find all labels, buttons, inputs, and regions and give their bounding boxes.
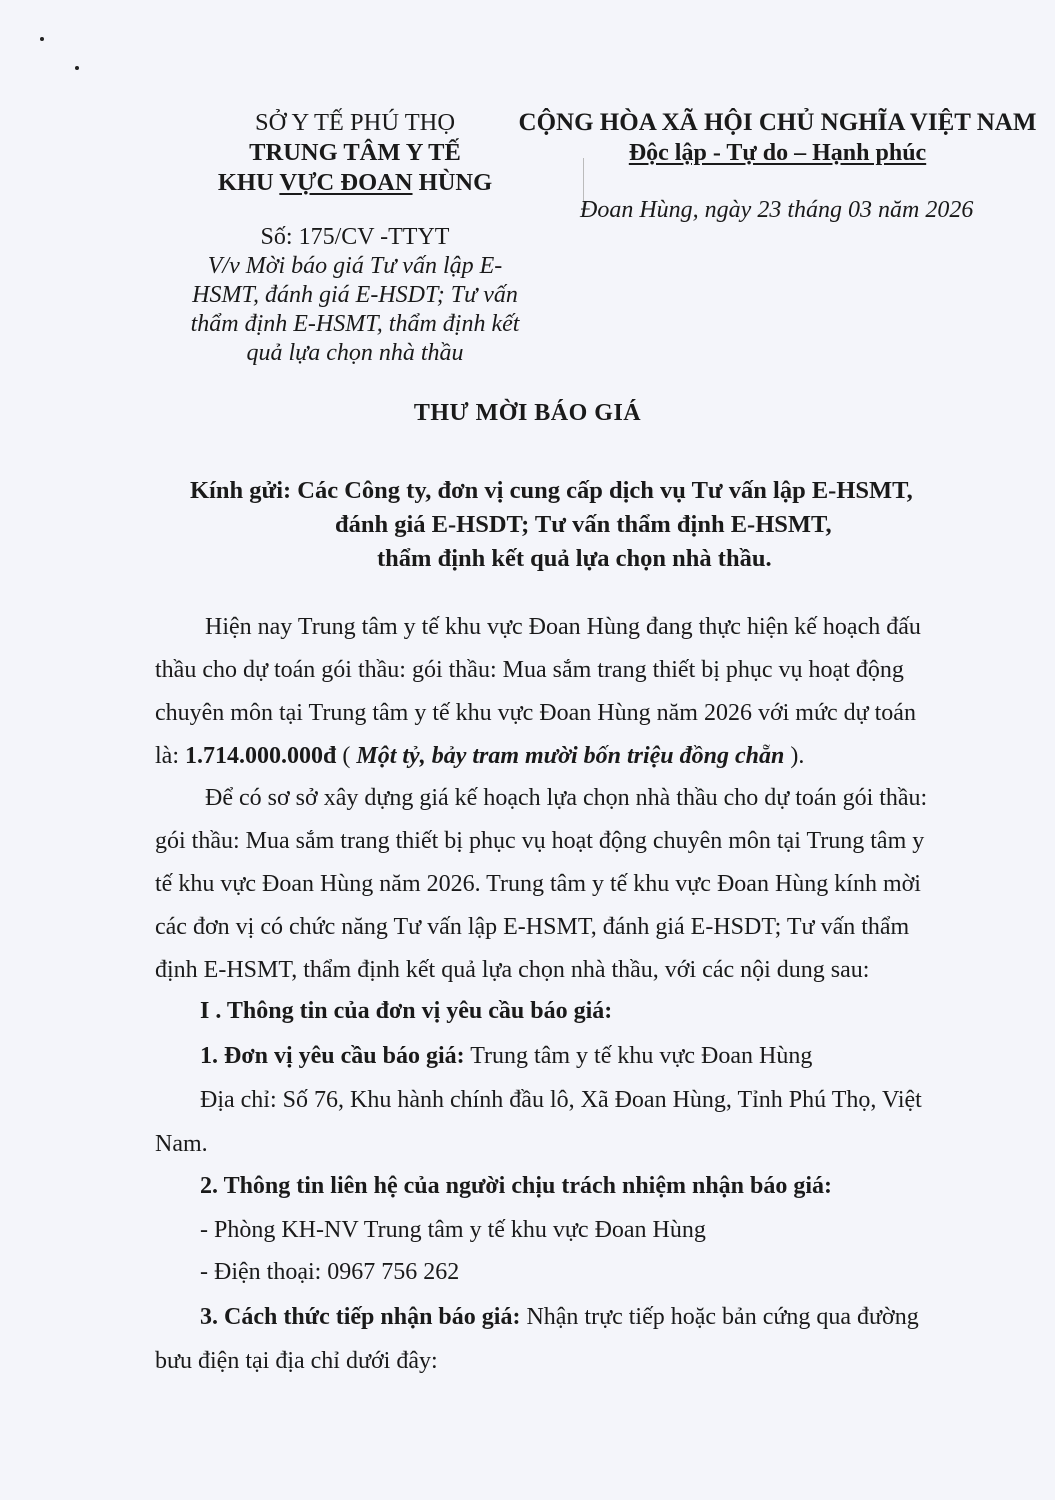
budget-amount-words: Một tỷ, bảy tram mười bốn triệu đồng chẵ… <box>356 743 784 769</box>
requester-line: 1. Đơn vị yêu cầu báo giá: Trung tâm y t… <box>200 1043 812 1070</box>
paragraph-line: định E-HSMT, thẩm định kết quả lựa chọn … <box>155 949 967 992</box>
budget-amount: 1.714.000.000đ <box>185 743 336 769</box>
document-reference-block: Số: 175/CV -TTYT V/v Mời báo giá Tư vấn … <box>170 223 540 368</box>
national-motto: Độc lập - Tự do – Hạnh phúc <box>629 140 926 166</box>
receipt-method-value: Nhận trực tiếp hoặc bản cứng qua đường <box>520 1304 918 1330</box>
receipt-method-label: 3. Cách thức tiếp nhận báo giá: <box>200 1304 520 1330</box>
scan-speck <box>75 66 79 70</box>
address-line-cont: Nam. <box>155 1131 208 1158</box>
organization-line-2: KHU VỰC ĐOAN HÙNG <box>170 168 540 198</box>
paragraph-line: chuyên môn tại Trung tâm y tế khu vực Đo… <box>155 692 967 735</box>
org-underlined: VỰC ĐOAN <box>279 169 412 196</box>
paragraph-invitation: Để có sơ sở xây dựng giá kế hoạch lựa ch… <box>155 777 967 992</box>
paragraph-line: tế khu vực Đoan Hùng năm 2026. Trung tâm… <box>155 863 967 906</box>
country-name: CỘNG HÒA XÃ HỘI CHỦ NGHĨA VIỆT NAM <box>505 108 1050 138</box>
paragraph-intro: Hiện nay Trung tâm y tế khu vực Đoan Hùn… <box>155 606 967 778</box>
national-header-block: CỘNG HÒA XÃ HỘI CHỦ NGHĨA VIỆT NAM Độc l… <box>505 108 1050 168</box>
issuing-agency-block: SỞ Y TẾ PHÚ THỌ TRUNG TÂM Y TẾ KHU VỰC Đ… <box>170 108 540 198</box>
org-suffix: HÙNG <box>413 169 493 196</box>
receipt-method-line: 3. Cách thức tiếp nhận báo giá: Nhận trự… <box>200 1304 919 1331</box>
contact-phone: - Điện thoại: 0967 756 262 <box>200 1259 459 1286</box>
paragraph-line: thầu cho dự toán gói thầu: gói thầu: Mua… <box>155 649 967 692</box>
paragraph-line: Để có sơ sở xây dựng giá kế hoạch lựa ch… <box>155 777 967 820</box>
scan-speck <box>40 37 44 41</box>
document-title: THƯ MỜI BÁO GIÁ <box>0 400 1055 427</box>
department-name: SỞ Y TẾ PHÚ THỌ <box>170 108 540 138</box>
recipient-line-2: đánh giá E-HSDT; Tư vấn thẩm định E-HSMT… <box>190 508 1000 542</box>
requester-label: 1. Đơn vị yêu cầu báo giá: <box>200 1043 465 1069</box>
place-date: Đoan Hùng, ngày 23 tháng 03 năm 2026 <box>580 197 973 224</box>
recipient-block: Kính gửi: Các Công ty, đơn vị cung cấp d… <box>190 474 1000 576</box>
amount-prefix: là: <box>155 743 185 769</box>
subject-line: HSMT, đánh giá E-HSDT; Tư vấn <box>170 281 540 310</box>
subject-line: V/v Mời báo giá Tư vấn lập E- <box>170 252 540 281</box>
amount-close: ). <box>784 743 804 769</box>
address-line: Địa chỉ: Số 76, Khu hành chính đầu lô, X… <box>200 1087 922 1114</box>
contact-department: - Phòng KH-NV Trung tâm y tế khu vực Đoa… <box>200 1217 706 1244</box>
org-prefix: KHU <box>218 169 280 196</box>
subject-line: thẩm định E-HSMT, thẩm định kết <box>170 310 540 339</box>
paragraph-line: Hiện nay Trung tâm y tế khu vực Đoan Hùn… <box>155 606 967 649</box>
section-heading: I . Thông tin của đơn vị yêu cầu báo giá… <box>200 998 612 1025</box>
budget-line: là: 1.714.000.000đ ( Một tỷ, bảy tram mư… <box>155 735 967 778</box>
receipt-method-cont: bưu điện tại địa chỉ dưới đây: <box>155 1348 438 1375</box>
amount-open: ( <box>336 743 356 769</box>
recipient-line-1: Kính gửi: Các Công ty, đơn vị cung cấp d… <box>190 474 1000 508</box>
organization-line-1: TRUNG TÂM Y TẾ <box>170 138 540 168</box>
paragraph-line: gói thầu: Mua sắm trang thiết bị phục vụ… <box>155 820 967 863</box>
document-number: Số: 175/CV -TTYT <box>170 223 540 252</box>
recipient-line-3: thẩm định kết quả lựa chọn nhà thầu. <box>190 542 1000 576</box>
requester-value: Trung tâm y tế khu vực Đoan Hùng <box>465 1043 813 1069</box>
subject-line: quả lựa chọn nhà thầu <box>170 339 540 368</box>
section-heading-text: I . Thông tin của đơn vị yêu cầu báo giá… <box>200 998 612 1024</box>
contact-heading: 2. Thông tin liên hệ của người chịu trác… <box>200 1173 832 1200</box>
contact-heading-text: 2. Thông tin liên hệ của người chịu trác… <box>200 1173 832 1199</box>
paragraph-line: các đơn vị có chức năng Tư vấn lập E-HSM… <box>155 906 967 949</box>
